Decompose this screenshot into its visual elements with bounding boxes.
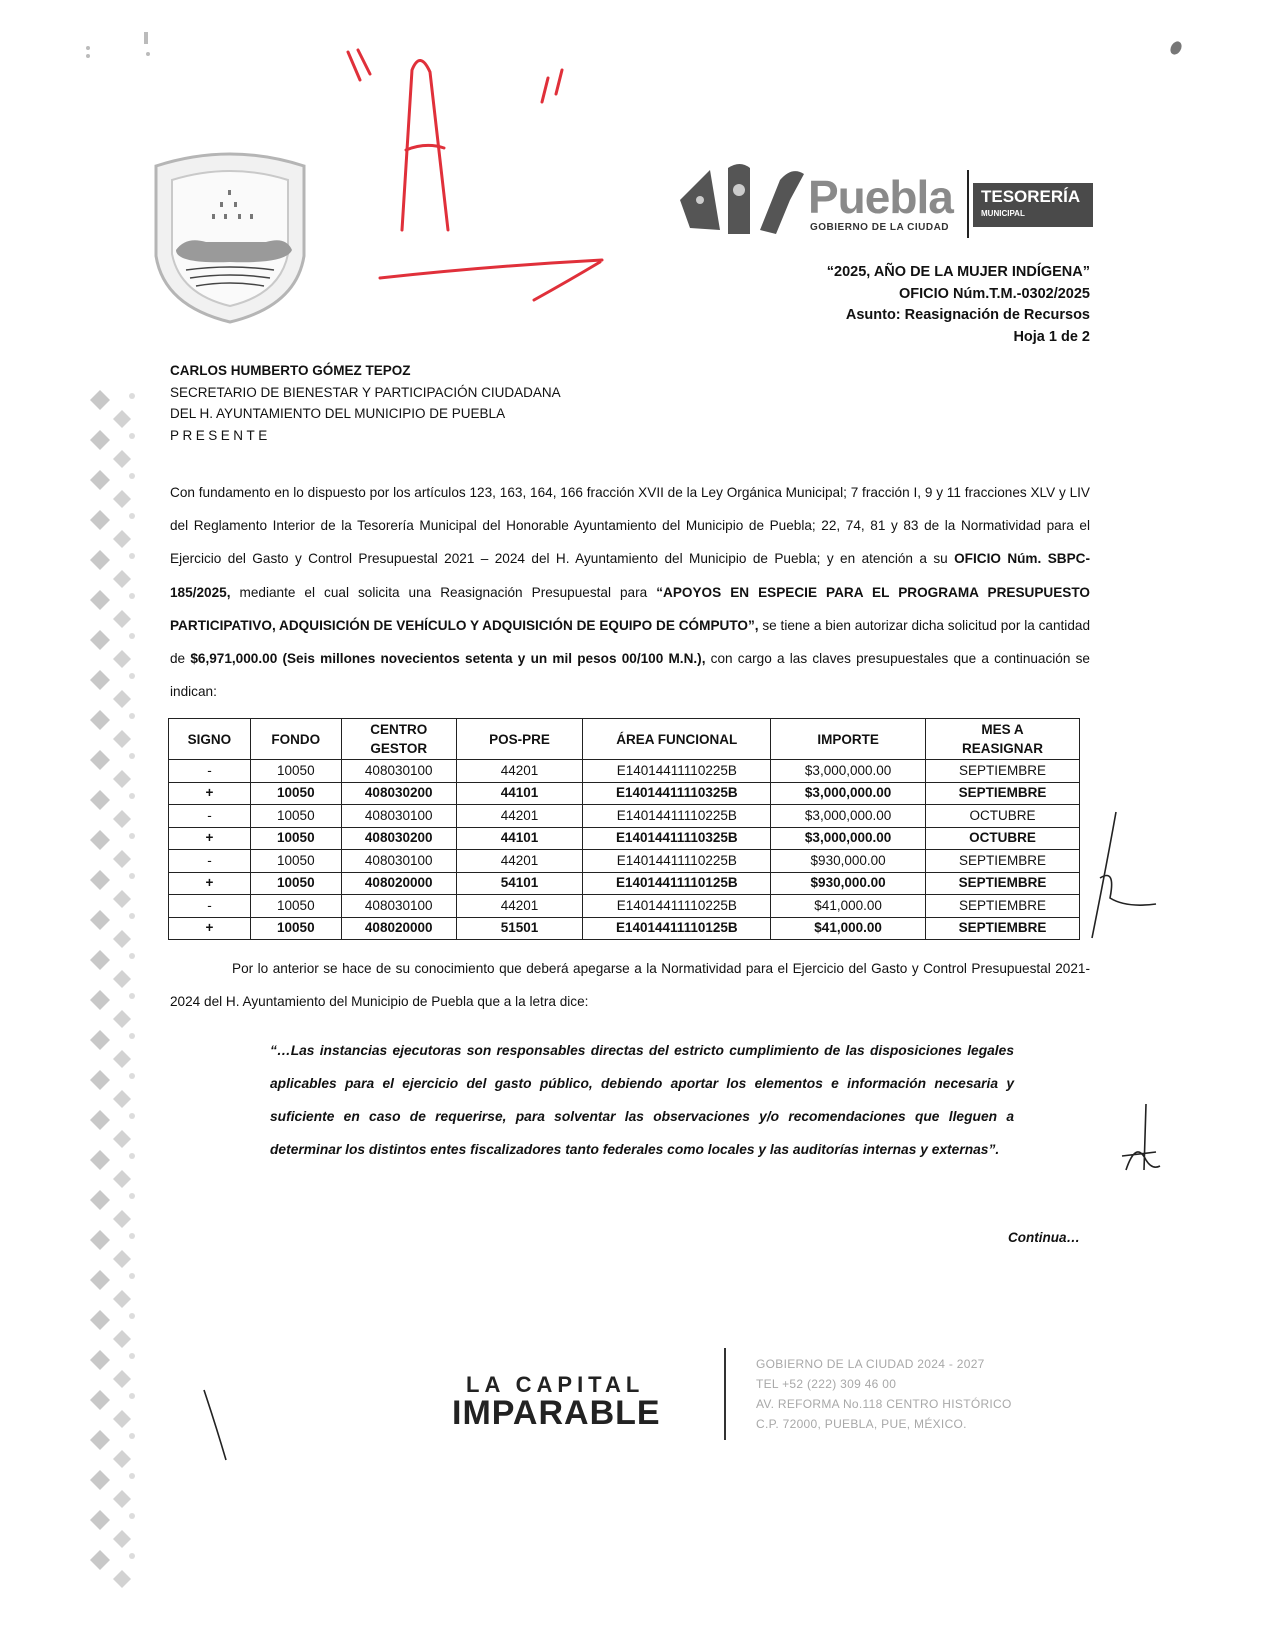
scan-marks — [78, 28, 168, 68]
municipal-label: MUNICIPAL — [981, 209, 1025, 218]
cell-importe: $3,000,000.00 — [771, 827, 926, 850]
cell-signo: - — [169, 850, 251, 873]
footer-line: GOBIERNO DE LA CIUDAD 2024 - 2027 — [756, 1354, 1012, 1374]
decorative-side-border — [84, 380, 144, 1590]
addressee-block: CARLOS HUMBERTO GÓMEZ TEPOZ SECRETARIO D… — [170, 360, 561, 446]
footer-slogan-line2: IMPARABLE — [452, 1394, 661, 1433]
cell-signo: + — [169, 872, 251, 895]
cell-fondo: 10050 — [250, 760, 341, 783]
cell-mes: SEPTIEMBRE — [925, 872, 1079, 895]
table-header-row: SIGNO FONDO CENTRO GESTOR POS-PRE ÁREA F… — [169, 719, 1080, 760]
addressee-title-2: DEL H. AYUNTAMIENTO DEL MUNICIPIO DE PUE… — [170, 403, 561, 425]
regulation-quote: “…Las instancias ejecutoras son responsa… — [270, 1034, 1014, 1166]
table-row: -1005040803010044201E14014411110225B$3,0… — [169, 760, 1080, 783]
cell-area-funcional: E14014411110225B — [583, 760, 771, 783]
cell-signo: + — [169, 782, 251, 805]
addressee-title-1: SECRETARIO DE BIENESTAR Y PARTICIPACIÓN … — [170, 382, 561, 404]
brand-subtitle: GOBIERNO DE LA CIUDAD — [810, 222, 949, 233]
cell-fondo: 10050 — [250, 850, 341, 873]
cell-pos-pre: 54101 — [456, 872, 583, 895]
cell-centro-gestor: 408030100 — [341, 895, 456, 918]
cell-pos-pre: 44101 — [456, 782, 583, 805]
cell-fondo: 10050 — [250, 805, 341, 828]
closing-text: Por lo anterior se hace de su conocimien… — [170, 961, 1090, 1009]
cell-pos-pre: 44201 — [456, 805, 583, 828]
cell-importe: $3,000,000.00 — [771, 760, 926, 783]
cell-centro-gestor: 408020000 — [341, 872, 456, 895]
cell-signo: + — [169, 917, 251, 940]
cell-area-funcional: E14014411110325B — [583, 827, 771, 850]
cell-importe: $930,000.00 — [771, 850, 926, 873]
table-row: +1005040802000054101E14014411110125B$930… — [169, 872, 1080, 895]
cell-signo: + — [169, 827, 251, 850]
cell-centro-gestor: 408020000 — [341, 917, 456, 940]
cell-mes: SEPTIEMBRE — [925, 760, 1079, 783]
cell-area-funcional: E14014411110225B — [583, 805, 771, 828]
cell-importe: $3,000,000.00 — [771, 805, 926, 828]
cell-area-funcional: E14014411110225B — [583, 895, 771, 918]
page-indicator: Hoja 1 de 2 — [827, 327, 1090, 349]
col-centro-gestor: CENTRO GESTOR — [341, 719, 456, 760]
cell-area-funcional: E14014411110125B — [583, 917, 771, 940]
body-text-2: mediante el cual solicita una Reasignaci… — [230, 585, 656, 600]
cell-mes: SEPTIEMBRE — [925, 917, 1079, 940]
pen-stroke — [196, 1386, 236, 1466]
col-mes: MES A REASIGNAR — [925, 719, 1079, 760]
budget-keys-table: SIGNO FONDO CENTRO GESTOR POS-PRE ÁREA F… — [168, 718, 1080, 940]
cell-pos-pre: 44201 — [456, 850, 583, 873]
cell-mes: OCTUBRE — [925, 805, 1079, 828]
cell-mes: SEPTIEMBRE — [925, 850, 1079, 873]
footer-contact-info: GOBIERNO DE LA CIUDAD 2024 - 2027 TEL +5… — [756, 1354, 1012, 1434]
cell-mes: SEPTIEMBRE — [925, 782, 1079, 805]
authorized-amount: $6,971,000.00 (Seis millones novecientos… — [190, 651, 705, 666]
cell-pos-pre: 44101 — [456, 827, 583, 850]
cell-signo: - — [169, 760, 251, 783]
year-motto: “2025, AÑO DE LA MUJER INDÍGENA” — [827, 262, 1090, 284]
footer-line: C.P. 72000, PUEBLA, PUE, MÉXICO. — [756, 1414, 1012, 1434]
cell-signo: - — [169, 895, 251, 918]
col-pos-pre: POS-PRE — [456, 719, 583, 760]
tesoreria-badge: TESORERÍA MUNICIPAL — [973, 183, 1093, 227]
footer-divider — [724, 1348, 726, 1440]
cell-area-funcional: E14014411110225B — [583, 850, 771, 873]
cell-centro-gestor: 408030200 — [341, 782, 456, 805]
table-row: -1005040803010044201E14014411110225B$3,0… — [169, 805, 1080, 828]
cell-area-funcional: E14014411110325B — [583, 782, 771, 805]
cell-pos-pre: 44201 — [456, 760, 583, 783]
col-importe: IMPORTE — [771, 719, 926, 760]
ink-spot — [1168, 40, 1184, 56]
closing-paragraph: Por lo anterior se hace de su conocimien… — [170, 952, 1090, 1018]
signature-initials — [1086, 808, 1166, 948]
brand-title: Puebla — [808, 170, 953, 224]
cell-importe: $41,000.00 — [771, 917, 926, 940]
cell-signo: - — [169, 805, 251, 828]
handwritten-annotation-a — [330, 30, 650, 330]
col-area-funcional: ÁREA FUNCIONAL — [583, 719, 771, 760]
cell-mes: SEPTIEMBRE — [925, 895, 1079, 918]
cell-importe: $3,000,000.00 — [771, 782, 926, 805]
document-header: “2025, AÑO DE LA MUJER INDÍGENA” OFICIO … — [827, 262, 1090, 348]
cell-fondo: 10050 — [250, 827, 341, 850]
cell-pos-pre: 44201 — [456, 895, 583, 918]
footer-line: AV. REFORMA No.118 CENTRO HISTÓRICO — [756, 1394, 1012, 1414]
cell-pos-pre: 51501 — [456, 917, 583, 940]
addressee-name: CARLOS HUMBERTO GÓMEZ TEPOZ — [170, 360, 561, 382]
footer-line: TEL +52 (222) 309 46 00 — [756, 1374, 1012, 1394]
table-row: -1005040803010044201E14014411110225B$930… — [169, 850, 1080, 873]
table-row: -1005040803010044201E14014411110225B$41,… — [169, 895, 1080, 918]
cell-fondo: 10050 — [250, 917, 341, 940]
col-signo: SIGNO — [169, 719, 251, 760]
cell-fondo: 10050 — [250, 872, 341, 895]
subject: Asunto: Reasignación de Recursos — [827, 305, 1090, 327]
brand-divider — [967, 170, 969, 238]
presente: PRESENTE — [170, 425, 561, 447]
col-fondo: FONDO — [250, 719, 341, 760]
coat-of-arms-logo — [146, 146, 314, 324]
table-row: +1005040803020044101E14014411110325B$3,0… — [169, 827, 1080, 850]
cell-fondo: 10050 — [250, 895, 341, 918]
oficio-number: OFICIO Núm.T.M.-0302/2025 — [827, 284, 1090, 306]
cell-centro-gestor: 408030200 — [341, 827, 456, 850]
cell-centro-gestor: 408030100 — [341, 850, 456, 873]
continues-label: Continua… — [1008, 1230, 1080, 1245]
cell-centro-gestor: 408030100 — [341, 760, 456, 783]
cell-mes: OCTUBRE — [925, 827, 1079, 850]
table-row: +1005040802000051501E14014411110125B$41,… — [169, 917, 1080, 940]
tesoreria-label: TESORERÍA — [981, 187, 1080, 207]
signature-initials-2 — [1116, 1100, 1166, 1180]
body-paragraph: Con fundamento en lo dispuesto por los a… — [170, 476, 1090, 708]
cell-fondo: 10050 — [250, 782, 341, 805]
table-row: +1005040803020044101E14014411110325B$3,0… — [169, 782, 1080, 805]
cell-centro-gestor: 408030100 — [341, 805, 456, 828]
body-text-1: Con fundamento en lo dispuesto por los a… — [170, 485, 1090, 566]
cell-importe: $41,000.00 — [771, 895, 926, 918]
cell-area-funcional: E14014411110125B — [583, 872, 771, 895]
cell-importe: $930,000.00 — [771, 872, 926, 895]
